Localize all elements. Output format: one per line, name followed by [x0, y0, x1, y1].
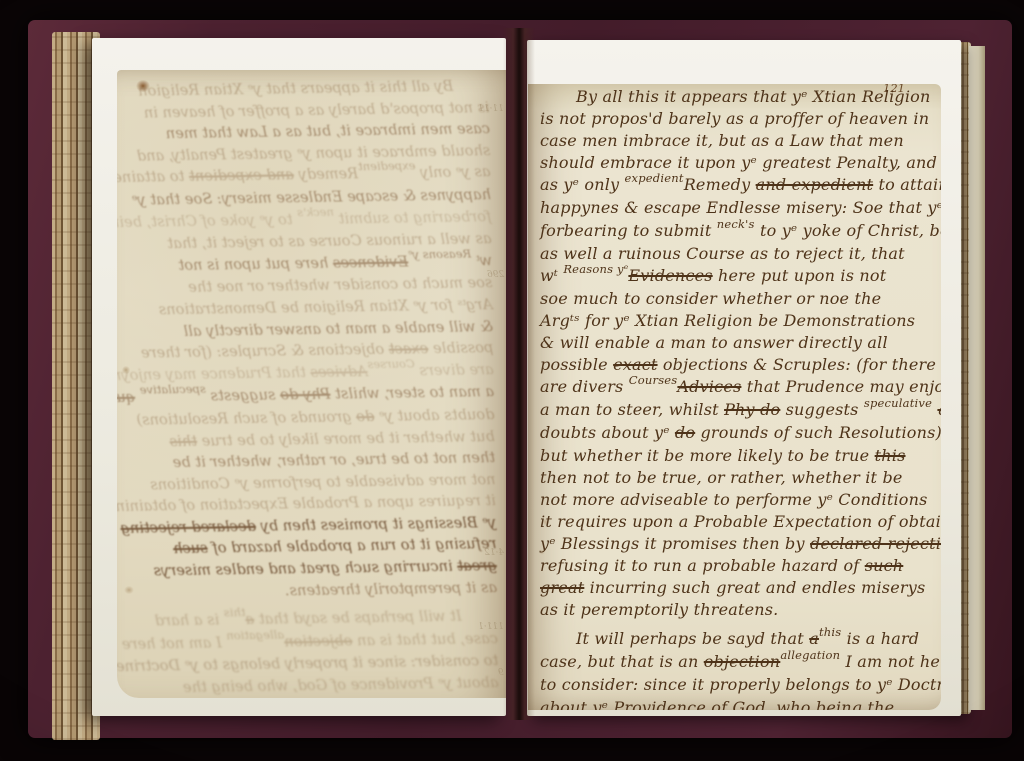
manuscript-line: it requires upon a Probable Expectation … — [540, 511, 937, 533]
manuscript-line: not more adviseable to performe yᵉ Condi… — [540, 489, 937, 511]
manuscript-line: is not propos'd barely as a proffer of h… — [540, 108, 937, 130]
pencil-annotation-showthrough: 4·12 — [484, 548, 504, 558]
manuscript-line: doubts about yᵉ do grounds of such Resol… — [540, 422, 937, 444]
pencil-annotation-showthrough: 9 — [498, 668, 504, 678]
manuscript-line: forbearing to submit neck's to yᵉ yoke o… — [540, 220, 937, 243]
pencil-annotation-showthrough: 111·1 — [478, 622, 504, 632]
pencil-annotation-showthrough: 11·11 — [478, 104, 504, 114]
manuscript-line: & will enable a man to answer directly a… — [540, 332, 937, 354]
manuscript-line: then not to be true, or rather, whether … — [540, 467, 937, 489]
manuscript-page-right: 121 By all this it appears that yᵉ Xtian… — [528, 84, 941, 710]
manuscript-text: By all this it appears that yᵉ Xtian Rel… — [540, 86, 937, 710]
manuscript-line: to consider: since it properly belongs t… — [540, 674, 937, 696]
photo-backdrop: By all this it appears that yᵉ Xtian Rel… — [0, 0, 1024, 761]
manuscript-line: It will perhaps be sayd that athis is a … — [540, 628, 937, 651]
manuscript-line: case, but that is an objectionallegation… — [540, 651, 937, 674]
manuscript-page-left: By all this it appears that yᵉ Xtian Rel… — [117, 70, 506, 698]
manuscript-line: should embrace it upon yᵉ greatest Penal… — [540, 152, 937, 174]
manuscript-line: possible exact objections & Scruples: (f… — [540, 354, 937, 376]
manuscript-line: great incurring such great and endles mi… — [540, 577, 937, 599]
manuscript-line: as it peremptorily threatens. — [540, 599, 937, 621]
manuscript-line: a man to steer, whilst Phy do suggests s… — [540, 399, 937, 422]
manuscript-line: about yᵉ Providence of God, who being th… — [540, 697, 937, 710]
manuscript-line: case men imbrace it, but as a Law that m… — [540, 130, 937, 152]
pencil-annotation-showthrough: 296 — [487, 270, 504, 280]
manuscript-line: yᵉ Blessings it promises then by declare… — [540, 533, 937, 555]
manuscript-line: By all this it appears that yᵉ Xtian Rel… — [540, 86, 937, 108]
manuscript-line: soe much to consider whether or noe the — [540, 288, 937, 310]
manuscript-line: but whether it be more likely to be true… — [540, 445, 937, 467]
cover-board-edge-right — [969, 46, 985, 710]
manuscript-line: refusing it to run a probable hazard of … — [540, 555, 937, 577]
manuscript-line: wᵗ Reasons yᵉEvidences here put upon is … — [540, 265, 937, 288]
manuscript-line: as yᵉ only expedientRemedy and expedient… — [540, 174, 937, 197]
manuscript-line: Argᵗˢ for yᵉ Xtian Religion be Demonstra… — [540, 310, 937, 332]
showthrough-line: as it peremptorily threatens. — [130, 577, 497, 604]
showthrough-text: By all this it appears that yᵉ Xtian Rel… — [122, 75, 499, 698]
